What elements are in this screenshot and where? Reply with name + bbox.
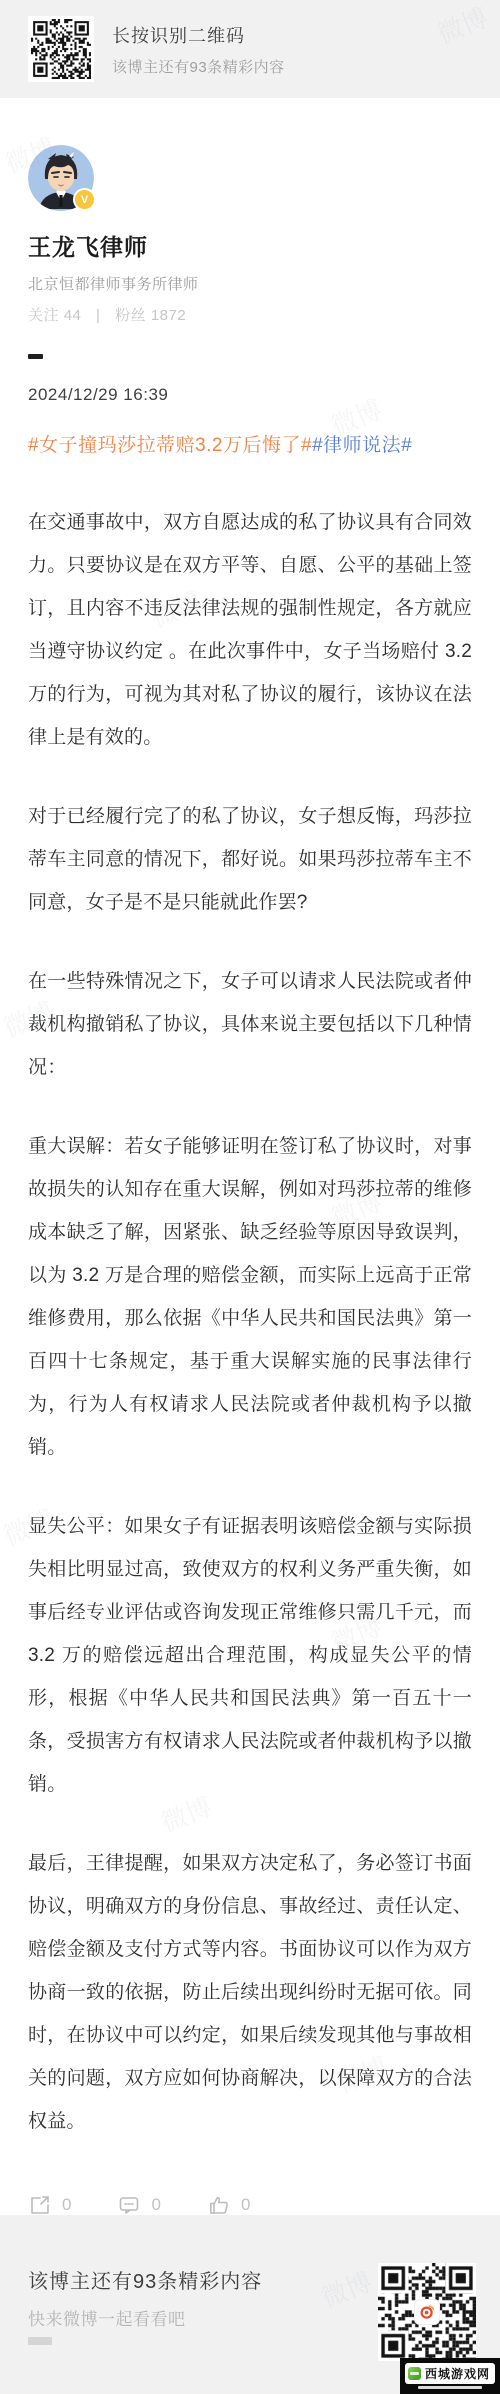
- action-bar: 0 0 0: [28, 2193, 472, 2217]
- site-logo-icon: [408, 2367, 421, 2380]
- qr-code-image: [31, 19, 91, 79]
- profile-qr-code[interactable]: [28, 16, 94, 82]
- post-paragraph: 对于已经履行完了的私了协议，女子想反悔，玛莎拉蒂车主同意的情况下，都好说。如果玛…: [28, 795, 472, 924]
- site-watermark-text: 西城游戏网: [425, 2365, 490, 2382]
- post-timestamp: 2024/12/29 16:39: [28, 385, 472, 405]
- share-count: 0: [62, 2195, 71, 2215]
- like-button[interactable]: 0: [207, 2193, 250, 2217]
- profile-organization: 北京恒都律师事务所律师: [28, 273, 472, 294]
- site-watermark: 西城游戏网: [400, 2358, 500, 2394]
- hashtag-topic[interactable]: #女子撞玛莎拉蒂赔3.2万后悔了#: [28, 435, 312, 456]
- post-paragraph: 重大误解：若女子能够证明在签订私了协议时，对事故损失的认知存在重大误解，例如对玛…: [28, 1125, 472, 1469]
- footer-qr-code[interactable]: [378, 2263, 476, 2361]
- profile-stats: 关注 44 | 粉丝 1872: [28, 304, 472, 325]
- weibo-logo-icon: [415, 2300, 439, 2324]
- comment-count: 0: [151, 2195, 160, 2215]
- site-watermark-caption: [418, 2386, 482, 2389]
- footer-banner: 该博主还有93条精彩内容 快来微博一起看看吧 西城游戏网: [0, 2215, 500, 2394]
- footer-mini-logo: [28, 2337, 52, 2345]
- stats-separator: |: [96, 307, 100, 324]
- following-label: 关注: [28, 307, 59, 324]
- profile-name[interactable]: 王龙飞律师: [28, 229, 472, 262]
- comment-icon: [117, 2193, 141, 2217]
- qr-banner: 长按识别二维码 该博主还有93条精彩内容: [0, 0, 500, 98]
- thumbs-up-icon: [207, 2193, 231, 2217]
- post-body: 在交通事故中，双方自愿达成的私了协议具有合同效力。只要协议是在双方平等、自愿、公…: [28, 501, 472, 2143]
- post-card: V 王龙飞律师 北京恒都律师事务所律师 关注 44 | 粉丝 1872 2024…: [0, 98, 500, 2217]
- share-icon: [28, 2193, 52, 2217]
- followers-count: 1872: [151, 307, 186, 324]
- following-count: 44: [64, 307, 82, 324]
- like-count: 0: [241, 2195, 250, 2215]
- post-paragraph: 在一些特殊情况之下，女子可以请求人民法院或者仲裁机构撤销私了协议，具体来说主要包…: [28, 960, 472, 1089]
- verified-badge-icon: V: [73, 188, 96, 211]
- qr-banner-subtitle: 该博主还有93条精彩内容: [112, 56, 285, 77]
- post-paragraph: 显失公平：如果女子有证据表明该赔偿金额与实际损失相比明显过高，致使双方的权利义务…: [28, 1505, 472, 1806]
- footer-title: 该博主还有93条精彩内容: [28, 2265, 262, 2294]
- followers-label: 粉丝: [115, 307, 146, 324]
- qr-banner-title: 长按识别二维码: [112, 22, 285, 48]
- comment-button[interactable]: 0: [117, 2193, 160, 2217]
- post-paragraph: 最后，王律提醒，如果双方决定私了，务必签订书面协议，明确双方的身份信息、事故经过…: [28, 1842, 472, 2143]
- share-button[interactable]: 0: [28, 2193, 71, 2217]
- weibo-share-card: 长按识别二维码 该博主还有93条精彩内容 V: [0, 0, 500, 2394]
- hashtag-row: #女子撞玛莎拉蒂赔3.2万后悔了##律师说法#: [28, 430, 472, 457]
- footer-subtitle: 快来微博一起看看吧: [28, 2305, 186, 2330]
- hashtag-lawyer-says[interactable]: #律师说法#: [312, 435, 412, 456]
- collapsed-divider: [28, 354, 43, 359]
- avatar[interactable]: V: [28, 145, 94, 211]
- post-paragraph: 在交通事故中，双方自愿达成的私了协议具有合同效力。只要协议是在双方平等、自愿、公…: [28, 501, 472, 759]
